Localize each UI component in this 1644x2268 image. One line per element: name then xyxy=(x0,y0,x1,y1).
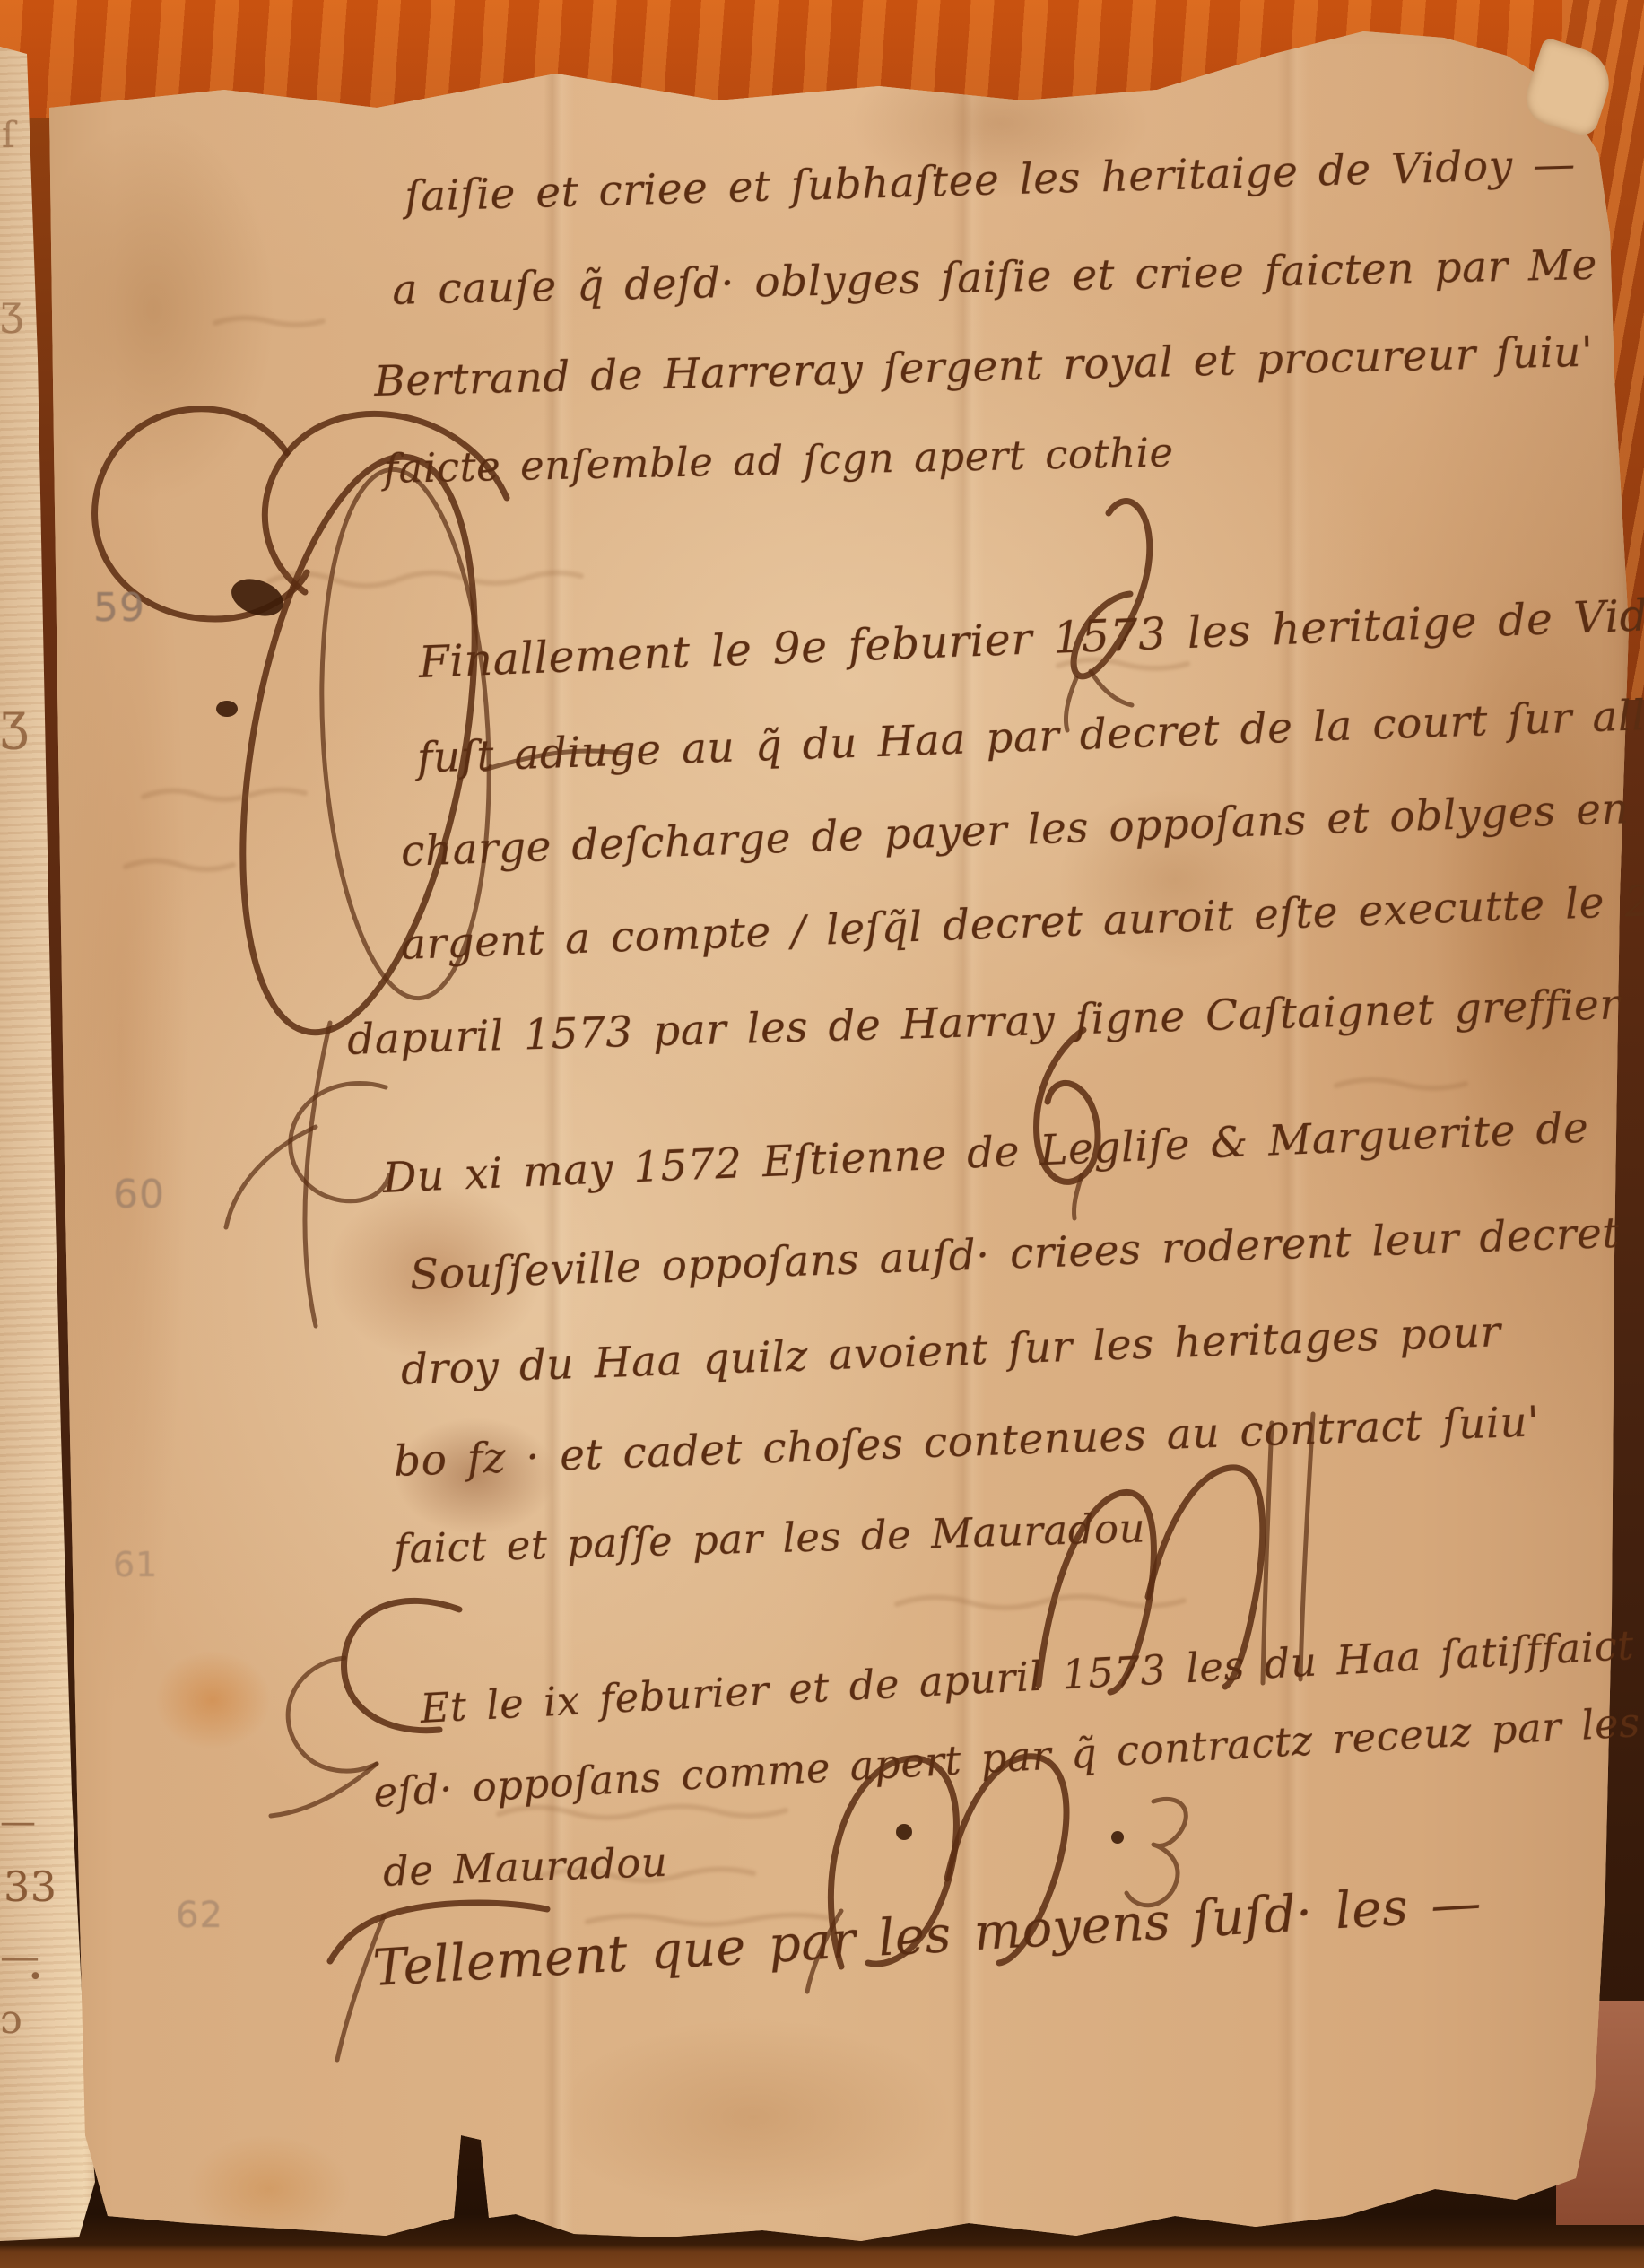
manuscript-line-entry-1-saisie: faicte enſemble ad ſcgn apert cothie xyxy=(383,429,1174,493)
manuscript-line-entry-2-finallement: Finallement le 9e feburier 1573 les heri… xyxy=(418,588,1644,688)
folio-number: 60 xyxy=(113,1172,165,1217)
manuscript-line-entry-3-du-xi-may: Souſſeville oppoſans auſd· criees rodere… xyxy=(409,1208,1621,1300)
manuscript-line-entry-2-finallement: charge deſcharge de payer les oppoſans e… xyxy=(400,781,1644,877)
photograph-of-manuscript: ſaiſie et criee et ſubhaſtee les heritai… xyxy=(0,0,1644,2268)
handwritten-text-layer: ſaiſie et criee et ſubhaſtee les heritai… xyxy=(0,0,1644,2268)
manuscript-line-entry-1-saisie: a cauſe q̃ deſd· oblyges ſaiſie et criee… xyxy=(392,240,1598,315)
underpage-mark: · xyxy=(27,1945,45,2008)
manuscript-line-entry-1-saisie: Bertrand de Harreray ſergent royal et pr… xyxy=(374,327,1594,406)
manuscript-line-entry-3-du-xi-may: droy du Haa quilz avoient ſur les herita… xyxy=(400,1307,1501,1395)
manuscript-line-entry-1-saisie: ſaiſie et criee et ſubhaſtee les heritai… xyxy=(404,140,1576,222)
manuscript-line-entry-3-du-xi-may: Du xi may 1572 Eſtienne de Legliſe & Mar… xyxy=(382,1103,1590,1203)
underpage-mark: — xyxy=(0,1801,37,1843)
folio-number: 62 xyxy=(176,1895,223,1936)
manuscript-line-entry-3-du-xi-may: faict et paſſe par les de Mauradou xyxy=(394,1505,1146,1573)
manuscript-line-entry-3-du-xi-may: bo fz · et cadet choſes contenues au con… xyxy=(393,1397,1540,1487)
underpage-mark: ſ xyxy=(2,115,15,156)
underpage-mark: 33 xyxy=(4,1862,57,1911)
manuscript-line-entry-2-finallement: fuſt adiuge au q̃ du Haa par decret de l… xyxy=(416,689,1644,783)
folio-number: 59 xyxy=(93,585,145,631)
underpage-mark: ɔ xyxy=(0,1997,22,2043)
manuscript-line-entry-2-finallement: argent a compte / leſq̃l decret auroit e… xyxy=(400,874,1644,970)
manuscript-line-entry-4-et-le-ix: de Mauradou xyxy=(382,1838,668,1896)
manuscript-line-entry-2-finallement: dapuril 1573 par les de Harray ſigne Caſ… xyxy=(346,980,1621,1065)
folio-number: 61 xyxy=(113,1545,158,1584)
underpage-mark: ʒ xyxy=(0,693,29,751)
manuscript-line-entry-5-tellement: Tellement que par les moyens ſuſd· les — xyxy=(371,1874,1483,1998)
underpage-mark: ʒ xyxy=(0,285,23,334)
